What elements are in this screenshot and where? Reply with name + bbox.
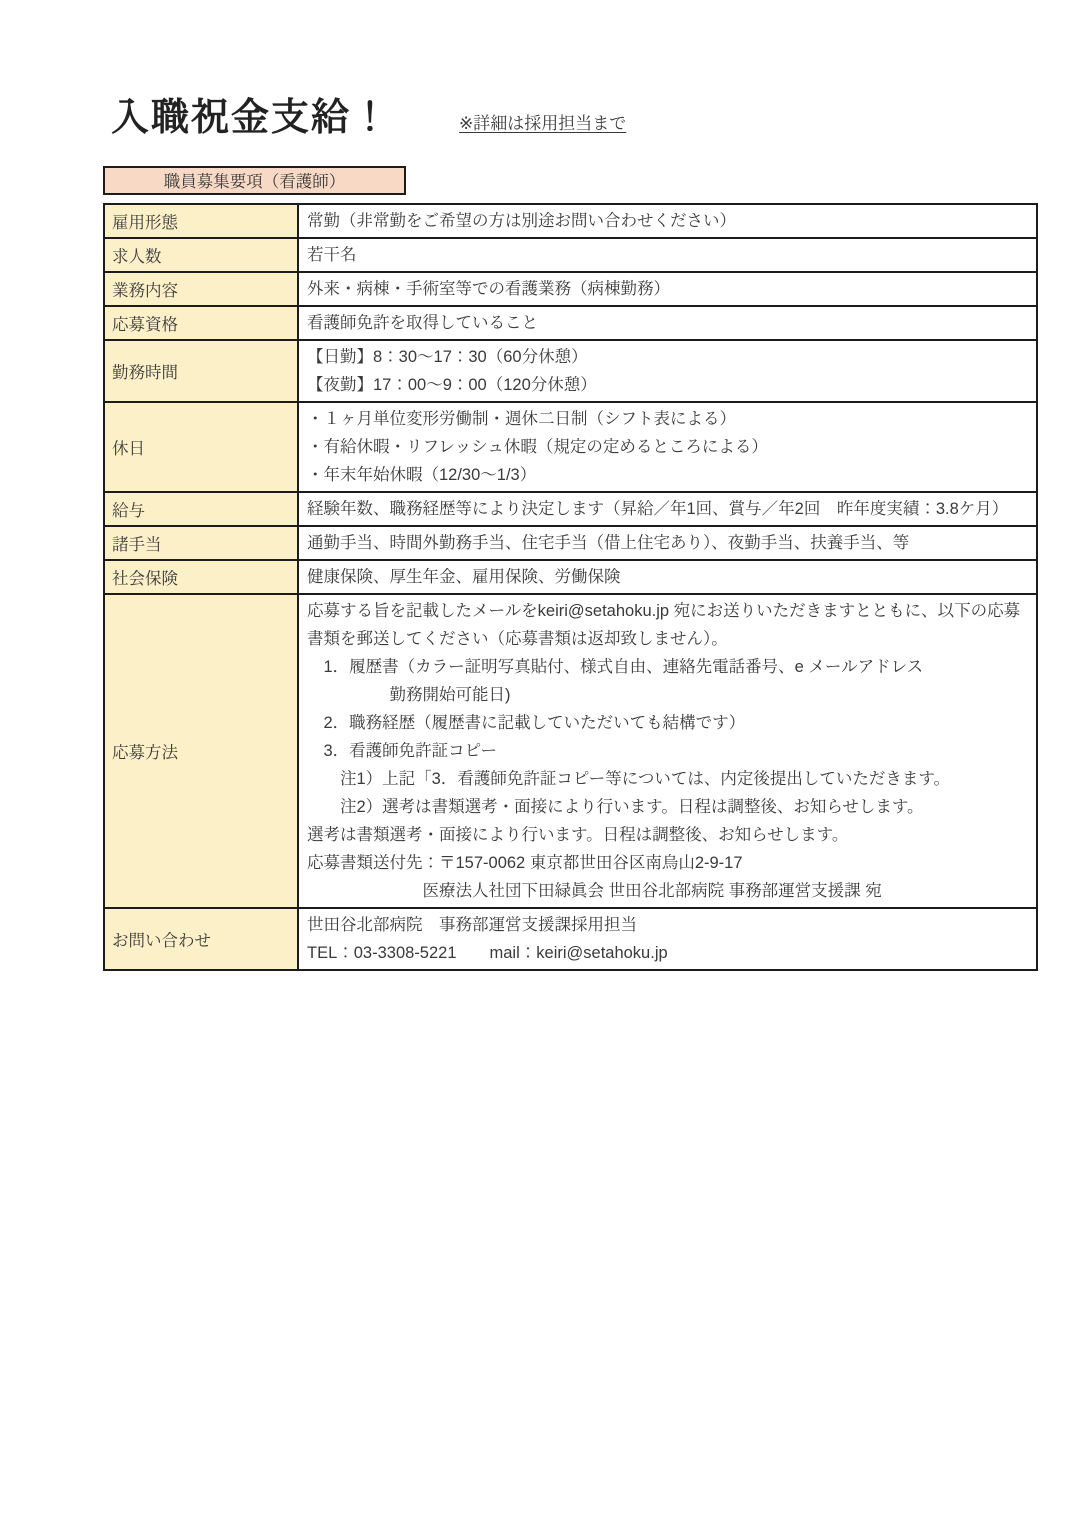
row-label: 勤務時間 <box>104 340 298 402</box>
row-label: 社会保険 <box>104 560 298 594</box>
row-label: 応募方法 <box>104 594 298 908</box>
row-value: 世田谷北部病院 事務部運営支援課採用担当TEL：03-3308-5221 mai… <box>298 908 1037 970</box>
row-label: 諸手当 <box>104 526 298 560</box>
value-line: TEL：03-3308-5221 mail：keiri@setahoku.jp <box>307 939 1028 967</box>
value-line: 世田谷北部病院 事務部運営支援課採用担当 <box>307 911 1028 939</box>
row-value: 【日勤】8：30～17：30（60分休憩）【夜勤】17：00～9：00（120分… <box>298 340 1037 402</box>
row-value: 通勤手当、時間外勤務手当、住宅手当（借上住宅あり）、夜勤手当、扶養手当、等 <box>298 526 1037 560</box>
value-line: 注1）上記「3．看護師免許証コピー等については、内定後提出していただきます。 <box>307 765 1028 793</box>
table-row: 雇用形態常勤（非常勤をご希望の方は別途お問い合わせください） <box>104 204 1037 238</box>
value-line: 経験年数、職務経歴等により決定します（昇給／年1回、賞与／年2回 昨年度実績：3… <box>307 495 1028 523</box>
value-line: 2．職務経歴（履歴書に記載していただいても結構です） <box>307 709 1028 737</box>
value-line: ・有給休暇・リフレッシュ休暇（規定の定めるところによる） <box>307 433 1028 461</box>
value-line: 書類を郵送してください（応募書類は返却致しません）。 <box>307 625 1028 653</box>
table-row: 求人数若干名 <box>104 238 1037 272</box>
table-row: 業務内容外来・病棟・手術室等での看護業務（病棟勤務） <box>104 272 1037 306</box>
row-value: 看護師免許を取得していること <box>298 306 1037 340</box>
row-label: 休日 <box>104 402 298 492</box>
value-line: 注2）選考は書類選考・面接により行います。日程は調整後、お知らせします。 <box>307 793 1028 821</box>
row-label: 応募資格 <box>104 306 298 340</box>
value-line: 選考は書類選考・面接により行います。日程は調整後、お知らせします。 <box>307 821 1028 849</box>
value-line: 外来・病棟・手術室等での看護業務（病棟勤務） <box>307 275 1028 303</box>
table-row: 諸手当通勤手当、時間外勤務手当、住宅手当（借上住宅あり）、夜勤手当、扶養手当、等 <box>104 526 1037 560</box>
table-row: 応募方法応募する旨を記載したメールをkeiri@setahoku.jp 宛にお送… <box>104 594 1037 908</box>
value-line: ・１ヶ月単位変形労働制・週休二日制（シフト表による） <box>307 405 1028 433</box>
row-label: 業務内容 <box>104 272 298 306</box>
table-row: 社会保険健康保険、厚生年金、雇用保険、労働保険 <box>104 560 1037 594</box>
detail-note: ※詳細は採用担当まで <box>459 109 626 134</box>
table-row: 勤務時間【日勤】8：30～17：30（60分休憩）【夜勤】17：00～9：00（… <box>104 340 1037 402</box>
row-value: 若干名 <box>298 238 1037 272</box>
value-line: 健康保険、厚生年金、雇用保険、労働保険 <box>307 563 1028 591</box>
row-value: 応募する旨を記載したメールをkeiri@setahoku.jp 宛にお送りいただ… <box>298 594 1037 908</box>
row-value: 健康保険、厚生年金、雇用保険、労働保険 <box>298 560 1037 594</box>
value-line: 【夜勤】17：00～9：00（120分休憩） <box>307 371 1028 399</box>
value-line: 3．看護師免許証コピー <box>307 737 1028 765</box>
row-label: 給与 <box>104 492 298 526</box>
table-row: お問い合わせ世田谷北部病院 事務部運営支援課採用担当TEL：03-3308-52… <box>104 908 1037 970</box>
table-row: 応募資格看護師免許を取得していること <box>104 306 1037 340</box>
value-line: 看護師免許を取得していること <box>307 309 1028 337</box>
title-row: 入職祝金支給！ ※詳細は採用担当まで <box>111 96 1038 142</box>
document-page: 入職祝金支給！ ※詳細は採用担当まで 職員募集要項（看護師） 雇用形態常勤（非常… <box>0 0 1086 971</box>
row-label: 求人数 <box>104 238 298 272</box>
value-line: 【日勤】8：30～17：30（60分休憩） <box>307 343 1028 371</box>
page-title: 入職祝金支給！ <box>111 96 391 142</box>
row-label: 雇用形態 <box>104 204 298 238</box>
value-line: 応募書類送付先：〒157-0062 東京都世田谷区南烏山2-9-17 <box>307 849 1028 877</box>
recruitment-table: 雇用形態常勤（非常勤をご希望の方は別途お問い合わせください）求人数若干名業務内容… <box>103 203 1038 971</box>
row-value: 常勤（非常勤をご希望の方は別途お問い合わせください） <box>298 204 1037 238</box>
value-line: ・年末年始休暇（12/30～1/3） <box>307 461 1028 489</box>
row-value: 外来・病棟・手術室等での看護業務（病棟勤務） <box>298 272 1037 306</box>
value-line: 若干名 <box>307 241 1028 269</box>
value-line: 通勤手当、時間外勤務手当、住宅手当（借上住宅あり）、夜勤手当、扶養手当、等 <box>307 529 1028 557</box>
value-line: 応募する旨を記載したメールをkeiri@setahoku.jp 宛にお送りいただ… <box>307 597 1028 625</box>
value-line: 医療法人社団下田緑眞会 世田谷北部病院 事務部運営支援課 宛 <box>307 877 1028 905</box>
value-line: 1．履歴書（カラー証明写真貼付、様式自由、連絡先電話番号、e メールアドレス <box>307 653 1028 681</box>
table-row: 給与経験年数、職務経歴等により決定します（昇給／年1回、賞与／年2回 昨年度実績… <box>104 492 1037 526</box>
value-line: 常勤（非常勤をご希望の方は別途お問い合わせください） <box>307 207 1028 235</box>
value-line: 勤務開始可能日) <box>307 681 1028 709</box>
recruitment-table-body: 雇用形態常勤（非常勤をご希望の方は別途お問い合わせください）求人数若干名業務内容… <box>104 204 1037 970</box>
table-row: 休日・１ヶ月単位変形労働制・週休二日制（シフト表による）・有給休暇・リフレッシュ… <box>104 402 1037 492</box>
section-header: 職員募集要項（看護師） <box>103 166 406 195</box>
row-value: 経験年数、職務経歴等により決定します（昇給／年1回、賞与／年2回 昨年度実績：3… <box>298 492 1037 526</box>
row-label: お問い合わせ <box>104 908 298 970</box>
row-value: ・１ヶ月単位変形労働制・週休二日制（シフト表による）・有給休暇・リフレッシュ休暇… <box>298 402 1037 492</box>
